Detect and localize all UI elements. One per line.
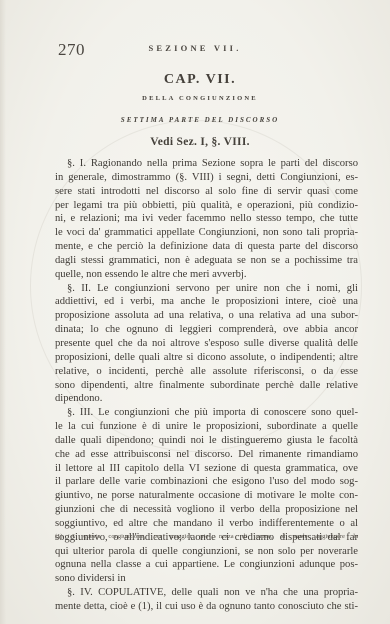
page-header: 270 SEZIONE VII. xyxy=(40,40,350,60)
text-line: in generale, dimostrammo (§. VIII) i seg… xyxy=(55,171,358,185)
text-line: il parlare delle varie combinazioni che … xyxy=(55,475,358,489)
text-line: ognuna nella classe a cui appartiene. Le… xyxy=(55,558,358,572)
text-line: sere stati introdotti nel discorso al so… xyxy=(55,185,358,199)
running-head: SEZIONE VII. xyxy=(40,43,350,53)
text-line: per legami tra più obbietti, più qualità… xyxy=(55,199,358,213)
text-line: quelle, non essendo le altre che meri av… xyxy=(55,268,358,282)
text-line: che ad esse attribuisconsi nel discorso.… xyxy=(55,448,358,462)
text-line: le la cui funzione è di unire le proposi… xyxy=(55,420,358,434)
text-line: dalle quali dipendono; quindi noi le dis… xyxy=(55,434,358,448)
book-page: 270 SEZIONE VII. CAP. VII. DELLA CONGIUN… xyxy=(0,0,390,624)
text-line: proposizioni, delle quali altre si dicon… xyxy=(55,351,358,365)
text-line: giunzioni che di necessità vogliono il v… xyxy=(55,503,358,517)
chapter-title: CAP. VII. xyxy=(40,72,360,88)
paragraph-4-line: §. IV. COPULATIVE, delle quali non ve n'… xyxy=(55,586,358,600)
text-line: qui ulterior parola di quelle congiunzio… xyxy=(55,545,358,559)
text-line: soggiuntivo, ed altre che mandano il ver… xyxy=(55,517,358,531)
text-line: il lettore al III capitolo della VI sezi… xyxy=(55,462,358,476)
chapter-subtitle: DELLA CONGIUNZIONE xyxy=(40,95,360,102)
paragraph-2-line: §. II. Le congiunzioni servono per unire… xyxy=(55,282,358,296)
text-line: sono dividersi in xyxy=(55,572,358,586)
text-line: relative, o incidenti, perchè alle assol… xyxy=(55,365,358,379)
text-line: addiettivi, ed i verbi, ma anche le prop… xyxy=(55,295,358,309)
text-line: mente detta, cioè e (1), il cui uso è da… xyxy=(55,600,358,614)
text-line: dipendono. xyxy=(55,392,358,406)
cross-reference: Vedi Sez. I, §. VIII. xyxy=(40,136,360,148)
text-line: sono dipendenti, altre finalmente subord… xyxy=(55,379,358,393)
body-text: §. I. Ragionando nella prima Sezione sop… xyxy=(55,157,358,614)
part-subtitle: SETTIMA PARTE DEL DISCORSO xyxy=(40,116,360,124)
page-edge-shadow xyxy=(0,0,6,624)
text-line: le voci da' grammatici appellate Congiun… xyxy=(55,226,358,240)
text-line: dinata; lo che ognuno di leggieri compre… xyxy=(55,323,358,337)
text-line: presente quel che da noi altrove s'espos… xyxy=(55,337,358,351)
text-line: dagli stessi grammatici, non è adeguata … xyxy=(55,254,358,268)
text-line: mente, e che perciò la definizione data … xyxy=(55,240,358,254)
text-line: giuntivo, ne porse naturalmente occasion… xyxy=(55,489,358,503)
text-line: proposizione assoluta ad una relativa, o… xyxy=(55,309,358,323)
paragraph-1-line: §. I. Ragionando nella prima Sezione sop… xyxy=(55,157,358,171)
footnote: (1) A questa congiunzione, per maggior p… xyxy=(55,532,358,542)
paragraph-3-line: §. III. Le congiunzioni che più importa … xyxy=(55,406,358,420)
text-line: ni, e relazioni; ma ivi veder facemmo ne… xyxy=(55,212,358,226)
